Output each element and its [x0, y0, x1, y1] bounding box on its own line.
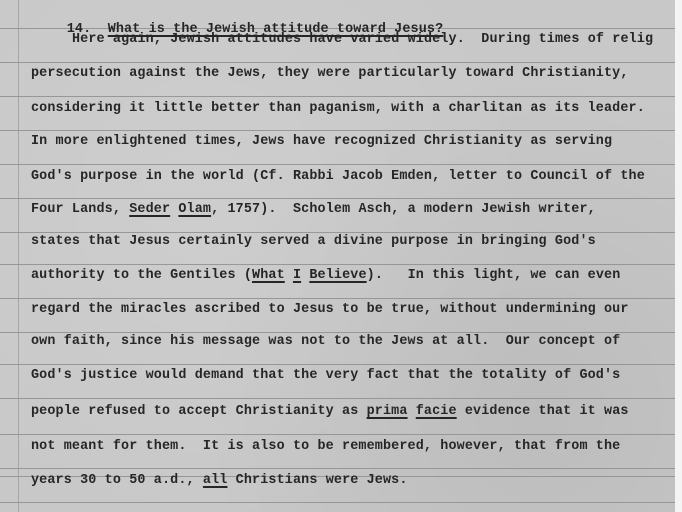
text-line: Here again, Jewish attitudes have varied… — [72, 32, 653, 48]
text-line: years 30 to 50 a.d., all Christians were… — [31, 473, 408, 489]
rule-line — [0, 130, 675, 131]
rule-line — [0, 398, 675, 399]
underlined-title: all — [203, 473, 228, 488]
rule-line — [0, 468, 675, 469]
text-segment: Here again, Jewish attitudes have varied… — [72, 32, 653, 47]
text-segment: God's purpose in the world (Cf. Rabbi Ja… — [31, 169, 645, 184]
text-line: own faith, since his message was not to … — [31, 334, 620, 350]
underlined-title: prima — [367, 404, 408, 419]
text-line: people refused to accept Christianity as… — [31, 404, 629, 420]
text-segment: states that Jesus certainly served a div… — [31, 234, 596, 249]
text-line: Four Lands, Seder Olam, 1757). Scholem A… — [31, 202, 596, 218]
text-segment: Christians were Jews. — [227, 473, 407, 488]
rule-line — [0, 332, 675, 333]
underlined-title: Seder — [129, 202, 170, 217]
text-segment: God's justice would demand that the very… — [31, 368, 620, 383]
rule-line — [0, 232, 675, 233]
rule-line — [0, 298, 675, 299]
text-segment: In more enlightened times, Jews have rec… — [31, 134, 612, 149]
text-segment: , 1757). Scholem Asch, a modern Jewish w… — [211, 202, 596, 217]
text-line: regard the miracles ascribed to Jesus to… — [31, 302, 629, 318]
text-segment — [285, 268, 293, 283]
text-segment: ). In this light, we can even — [367, 268, 621, 283]
underlined-title: Olam — [178, 202, 211, 217]
text-segment: considering it little better than pagani… — [31, 101, 645, 116]
text-line: God's purpose in the world (Cf. Rabbi Ja… — [31, 169, 645, 185]
text-segment: own faith, since his message was not to … — [31, 334, 620, 349]
text-segment: people refused to accept Christianity as — [31, 404, 367, 419]
typewritten-page: 14. What is the Jewish attitude toward J… — [0, 0, 675, 512]
underlined-title: What — [252, 268, 285, 283]
text-line: states that Jesus certainly served a div… — [31, 234, 596, 250]
text-line: authority to the Gentiles (What I Believ… — [31, 268, 620, 284]
rule-line — [0, 434, 675, 435]
text-segment: evidence that it was — [457, 404, 629, 419]
text-segment: authority to the Gentiles ( — [31, 268, 252, 283]
text-segment — [408, 404, 416, 419]
text-segment: Four Lands, — [31, 202, 129, 217]
rule-line — [0, 164, 675, 165]
underlined-title: Believe — [309, 268, 366, 283]
underlined-title: I — [293, 268, 301, 283]
margin-line — [18, 0, 19, 512]
text-segment: persecution against the Jews, they were … — [31, 66, 629, 81]
underlined-title: facie — [416, 404, 457, 419]
text-line: considering it little better than pagani… — [31, 101, 645, 117]
text-segment: years 30 to 50 a.d., — [31, 473, 203, 488]
text-line: God's justice would demand that the very… — [31, 368, 620, 384]
rule-line — [0, 96, 675, 97]
rule-line — [0, 502, 675, 503]
text-line: In more enlightened times, Jews have rec… — [31, 134, 612, 150]
rule-line — [0, 264, 675, 265]
text-line: persecution against the Jews, they were … — [31, 66, 629, 82]
rule-line — [0, 62, 675, 63]
text-line: not meant for them. It is also to be rem… — [31, 439, 620, 455]
rule-line — [0, 364, 675, 365]
text-segment: regard the miracles ascribed to Jesus to… — [31, 302, 629, 317]
rule-line — [0, 198, 675, 199]
text-segment: not meant for them. It is also to be rem… — [31, 439, 620, 454]
